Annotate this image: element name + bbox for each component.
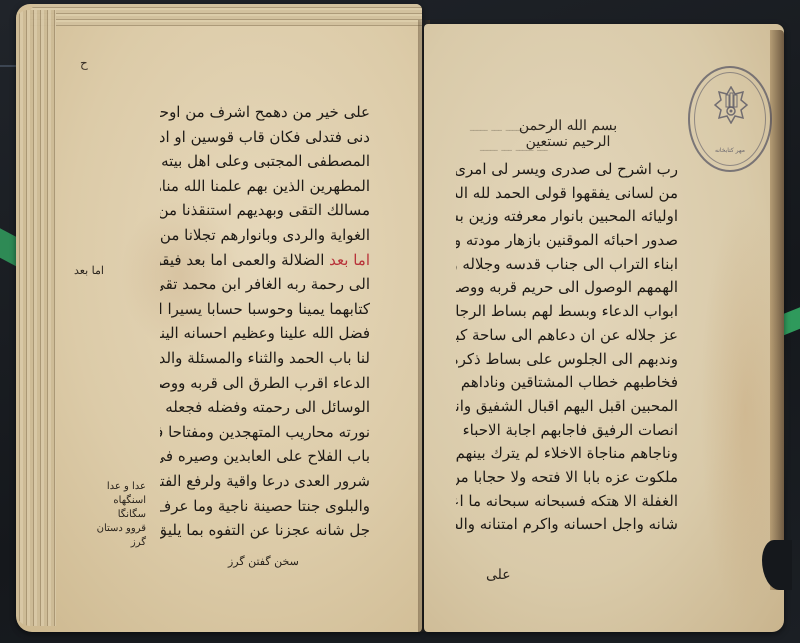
catchword-right: على [486, 567, 511, 583]
top-mark: ح [80, 56, 88, 71]
text-line-with-rubric: اما بعد الضلالة والعمى اما بعد فيقول الم… [160, 248, 370, 273]
manuscript-photo: ح على خير من دهمح اشرف من اوحى ليه فوعى … [0, 0, 800, 643]
text-line: الغواية والردى وبانوارهم تجلانا من ظلمات [160, 223, 370, 248]
text-line: كتابهما يمينا وحوسبا حسابا يسيرا انه من … [160, 297, 370, 322]
text-line: عز جلاله عن ان دعاهم الى ساحة كبريائه وم… [456, 324, 678, 348]
text-line: الى رحمة ربه الغافر ابن محمد تقى محمد با… [160, 272, 370, 297]
text-line: الوسائل الى رحمته وفضله فجعله مصباحا [160, 395, 370, 420]
text-line: دنى فتدلى فكان قاب قوسين او ادنى محمد [160, 125, 370, 150]
margin-note-bottom: عدا و عدا اسنگهاه سگانگا قروو دستان گرز [76, 480, 146, 550]
text-line: الضلالة والعمى اما بعد فيقول المذنب المش… [160, 251, 324, 269]
catchword-left: سخن گفتن گرز [228, 555, 299, 568]
text-line: المطهرين الذين بهم علمنا الله مناهج الهد… [160, 174, 370, 199]
text-line: انصات الرفيق فاجابهم اجابة الاحباء [456, 419, 678, 443]
seal-text: مهر کتابخانه [690, 147, 770, 154]
text-line: ملكوت عزه بابا الا فتحه ولا حجابا من حجب [456, 466, 678, 490]
right-page-text: رب اشرح لى صدرى ويسر لى امرى واحلل عقدة … [456, 158, 678, 537]
margin-note-line: سگانگا [76, 508, 146, 522]
text-line: وندبهم الى الجلوس على بساط ذكره وحمده [456, 348, 678, 372]
text-line: ابواب الدعاء وبسط لهم بساط الرجاء ثم منع… [456, 300, 678, 324]
left-page-top-edge [30, 4, 422, 26]
rubric-red-phrase: اما بعد [329, 251, 370, 269]
text-line: والبلوى جنتا حصينة ناجية وما عرف [160, 494, 370, 519]
margin-note-line: قروو دستان [76, 522, 146, 536]
text-line: باب الفلاح على العابدين وصيره فى دفع [160, 444, 370, 469]
text-line: مسالك التقى وبهديهم استنقذنا من شفا جرف [160, 198, 370, 223]
text-line: ابناء التراب الى جناب قدسه وجلاله و [456, 253, 678, 277]
text-line: جل شانه عجزنا عن التفوه بما يليق بكبريائ… [160, 518, 370, 543]
text-line: صدور احبائه الموقنين بازهار مودته وقرب [456, 229, 678, 253]
text-line: على خير من دهمح اشرف من اوحى ليه فوعى ال… [160, 100, 370, 125]
text-line: لنا باب الحمد والثناء والمسئلة والدعاء ف… [160, 346, 370, 371]
text-line: شانه واجل احسانه واكرم امتنانه والصلوة [456, 513, 678, 537]
text-line: الهمهم الوصول الى حريم قربه ووصاله ففتح … [456, 276, 678, 300]
text-line: المصطفى المجتبى وعلى اهل بيته المعصومين [160, 149, 370, 174]
text-line: شرور العدى درعا واقية ولرفع الفتن [160, 469, 370, 494]
text-line: الدعاء اقرب الطرق الى قربه ووصله واوثق [160, 371, 370, 396]
text-line: وناجاهم مناجاة الاخلاء لم يترك بينهم وبي… [456, 442, 678, 466]
text-line: فضل الله علينا وعظيم احسانه الينا هو ان … [160, 321, 370, 346]
margin-note-line: عدا و عدا اسنگهاه [76, 480, 146, 508]
text-line: من لسانى يفقهوا قولى الحمد لله الذى وشح … [456, 182, 678, 206]
left-page-text: على خير من دهمح اشرف من اوحى ليه فوعى ال… [160, 100, 370, 543]
text-line: نورته محاريب المتهجدين ومفتاحا فتح به [160, 420, 370, 445]
text-line: رب اشرح لى صدرى ويسر لى امرى واحلل عقدة [456, 158, 678, 182]
left-page-stacked-edges [16, 10, 56, 626]
basmala-heading: بسم الله الرحمن الرحيم نستعين [498, 118, 638, 150]
text-line: فخاطبهم خطاب المشتاقين وناداهم نداء [456, 371, 678, 395]
margin-note-amma-baad: اما بعد [74, 264, 104, 277]
text-line: الغفلة الا هتكه فسبحانه سبحانه ما اعظم [456, 490, 678, 514]
text-line: المحبين اقبل اليهم اقبال الشفيق وانصت له… [456, 395, 678, 419]
text-line: اوليائه المحبين بانوار معرفته وزين بساتي… [456, 205, 678, 229]
hand-emblem-icon [714, 86, 748, 124]
margin-note-line: گرز [76, 536, 146, 550]
library-seal-stamp: مهر کتابخانه [688, 66, 772, 172]
